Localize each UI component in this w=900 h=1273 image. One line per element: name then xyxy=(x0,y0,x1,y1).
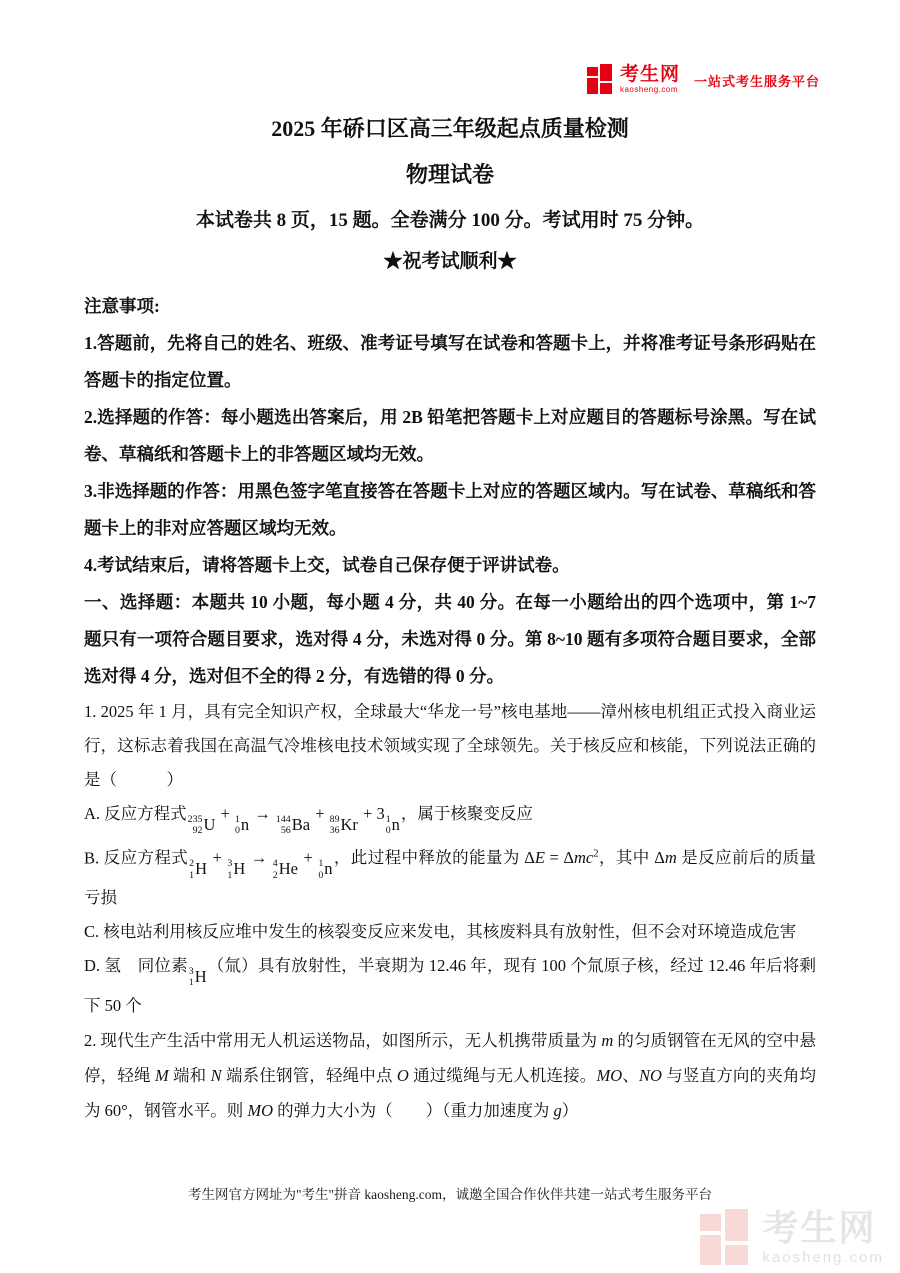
questions: 1. 2025 年 1 月，具有完全知识产权，全球最大“华龙一号”核电基地——漳… xyxy=(84,695,816,1128)
notice-section: 注意事项: 1.答题前，先将自己的姓名、班级、准考证号填写在试卷和答题卡上，并将… xyxy=(84,288,816,695)
option-content: 核电站利用核反应堆中发生的核裂变反应来发电，其核废料具有放射性，但不会对环境造成… xyxy=(103,922,796,941)
q1-option-a: A. 反应方程式23592U + 10n → 14456Ba + 8936Kr … xyxy=(84,797,816,837)
option-label: A. xyxy=(84,804,100,823)
footer-note: 考生网官方网址为"考生"拼音 kaosheng.com，诚邀全国合作伙伴共建一站… xyxy=(0,1183,900,1203)
question-1-stem: 1. 2025 年 1 月，具有完全知识产权，全球最大“华龙一号”核电基地——漳… xyxy=(84,695,816,797)
section1-heading: 一、选择题：本题共 10 小题，每小题 4 分，共 40 分。在每一小题给出的四… xyxy=(84,584,816,695)
brand-domain: kaosheng.com xyxy=(620,86,680,94)
option-label: C. xyxy=(84,922,99,941)
watermark: 考生网 kaosheng.com xyxy=(700,1209,884,1265)
watermark-brand: 考生网 xyxy=(762,1210,884,1246)
watermark-domain: kaosheng.com xyxy=(762,1250,884,1265)
brand-text: 考生网 kaosheng.com xyxy=(620,65,680,94)
q1-option-d: D. 氢 同位素31H（氚）具有放射性，半衰期为 12.46 年，现有 100 … xyxy=(84,949,816,1023)
kaosheng-logo-icon xyxy=(587,64,614,94)
q1-option-b: B. 反应方程式21H + 31H → 42He + 10n，此过程中释放的能量… xyxy=(84,837,816,915)
kaosheng-watermark-icon xyxy=(700,1209,752,1265)
document-content: 2025 年硚口区高三年级起点质量检测 物理试卷 本试卷共 8 页，15 题。全… xyxy=(0,0,900,1128)
watermark-text: 考生网 kaosheng.com xyxy=(762,1210,884,1265)
brand-tagline: 一站式考生服务平台 xyxy=(694,71,820,94)
notice-item-2: 2.选择题的作答：每小题选出答案后，用 2B 铅笔把答题卡上对应题目的答题标号涂… xyxy=(84,399,816,473)
notice-item-1: 1.答题前，先将自己的姓名、班级、准考证号填写在试卷和答题卡上，并将准考证号条形… xyxy=(84,325,816,399)
option-content: 氢 同位素31H（氚）具有放射性，半衰期为 12.46 年，现有 100 个氚原… xyxy=(84,956,816,1015)
notice-item-4: 4.考试结束后，请将答题卡上交，试卷自己保存便于评讲试卷。 xyxy=(84,547,816,584)
question-2-stem: 2. 现代生产生活中常用无人机运送物品，如图所示，无人机携带质量为 m 的匀质钢… xyxy=(84,1023,816,1128)
notice-item-3: 3.非选择题的作答：用黑色签字笔直接答在答题卡上对应的答题区域内。写在试卷、草稿… xyxy=(84,473,816,547)
option-content: 反应方程式23592U + 10n → 14456Ba + 8936Kr + 3… xyxy=(104,804,533,823)
option-content: 反应方程式21H + 31H → 42He + 10n，此过程中释放的能量为 Δ… xyxy=(84,848,816,907)
exam-wish: ★祝考试顺利★ xyxy=(84,246,816,273)
option-label: B. xyxy=(84,848,99,867)
q1-option-c: C. 核电站利用核反应堆中发生的核裂变反应来发电，其核废料具有放射性，但不会对环… xyxy=(84,915,816,949)
doc-subtitle: 物理试卷 xyxy=(84,158,816,189)
exam-meta: 本试卷共 8 页，15 题。全卷满分 100 分。考试用时 75 分钟。 xyxy=(84,205,816,232)
page-title: 2025 年硚口区高三年级起点质量检测 xyxy=(84,112,816,143)
notice-heading: 注意事项: xyxy=(84,288,816,325)
header-logo: 考生网 kaosheng.com 一站式考生服务平台 xyxy=(587,64,820,94)
brand-name: 考生网 xyxy=(620,65,680,84)
option-label: D. xyxy=(84,956,100,975)
exam-paper-page: 考生网 kaosheng.com 一站式考生服务平台 2025 年硚口区高三年级… xyxy=(0,0,900,1273)
